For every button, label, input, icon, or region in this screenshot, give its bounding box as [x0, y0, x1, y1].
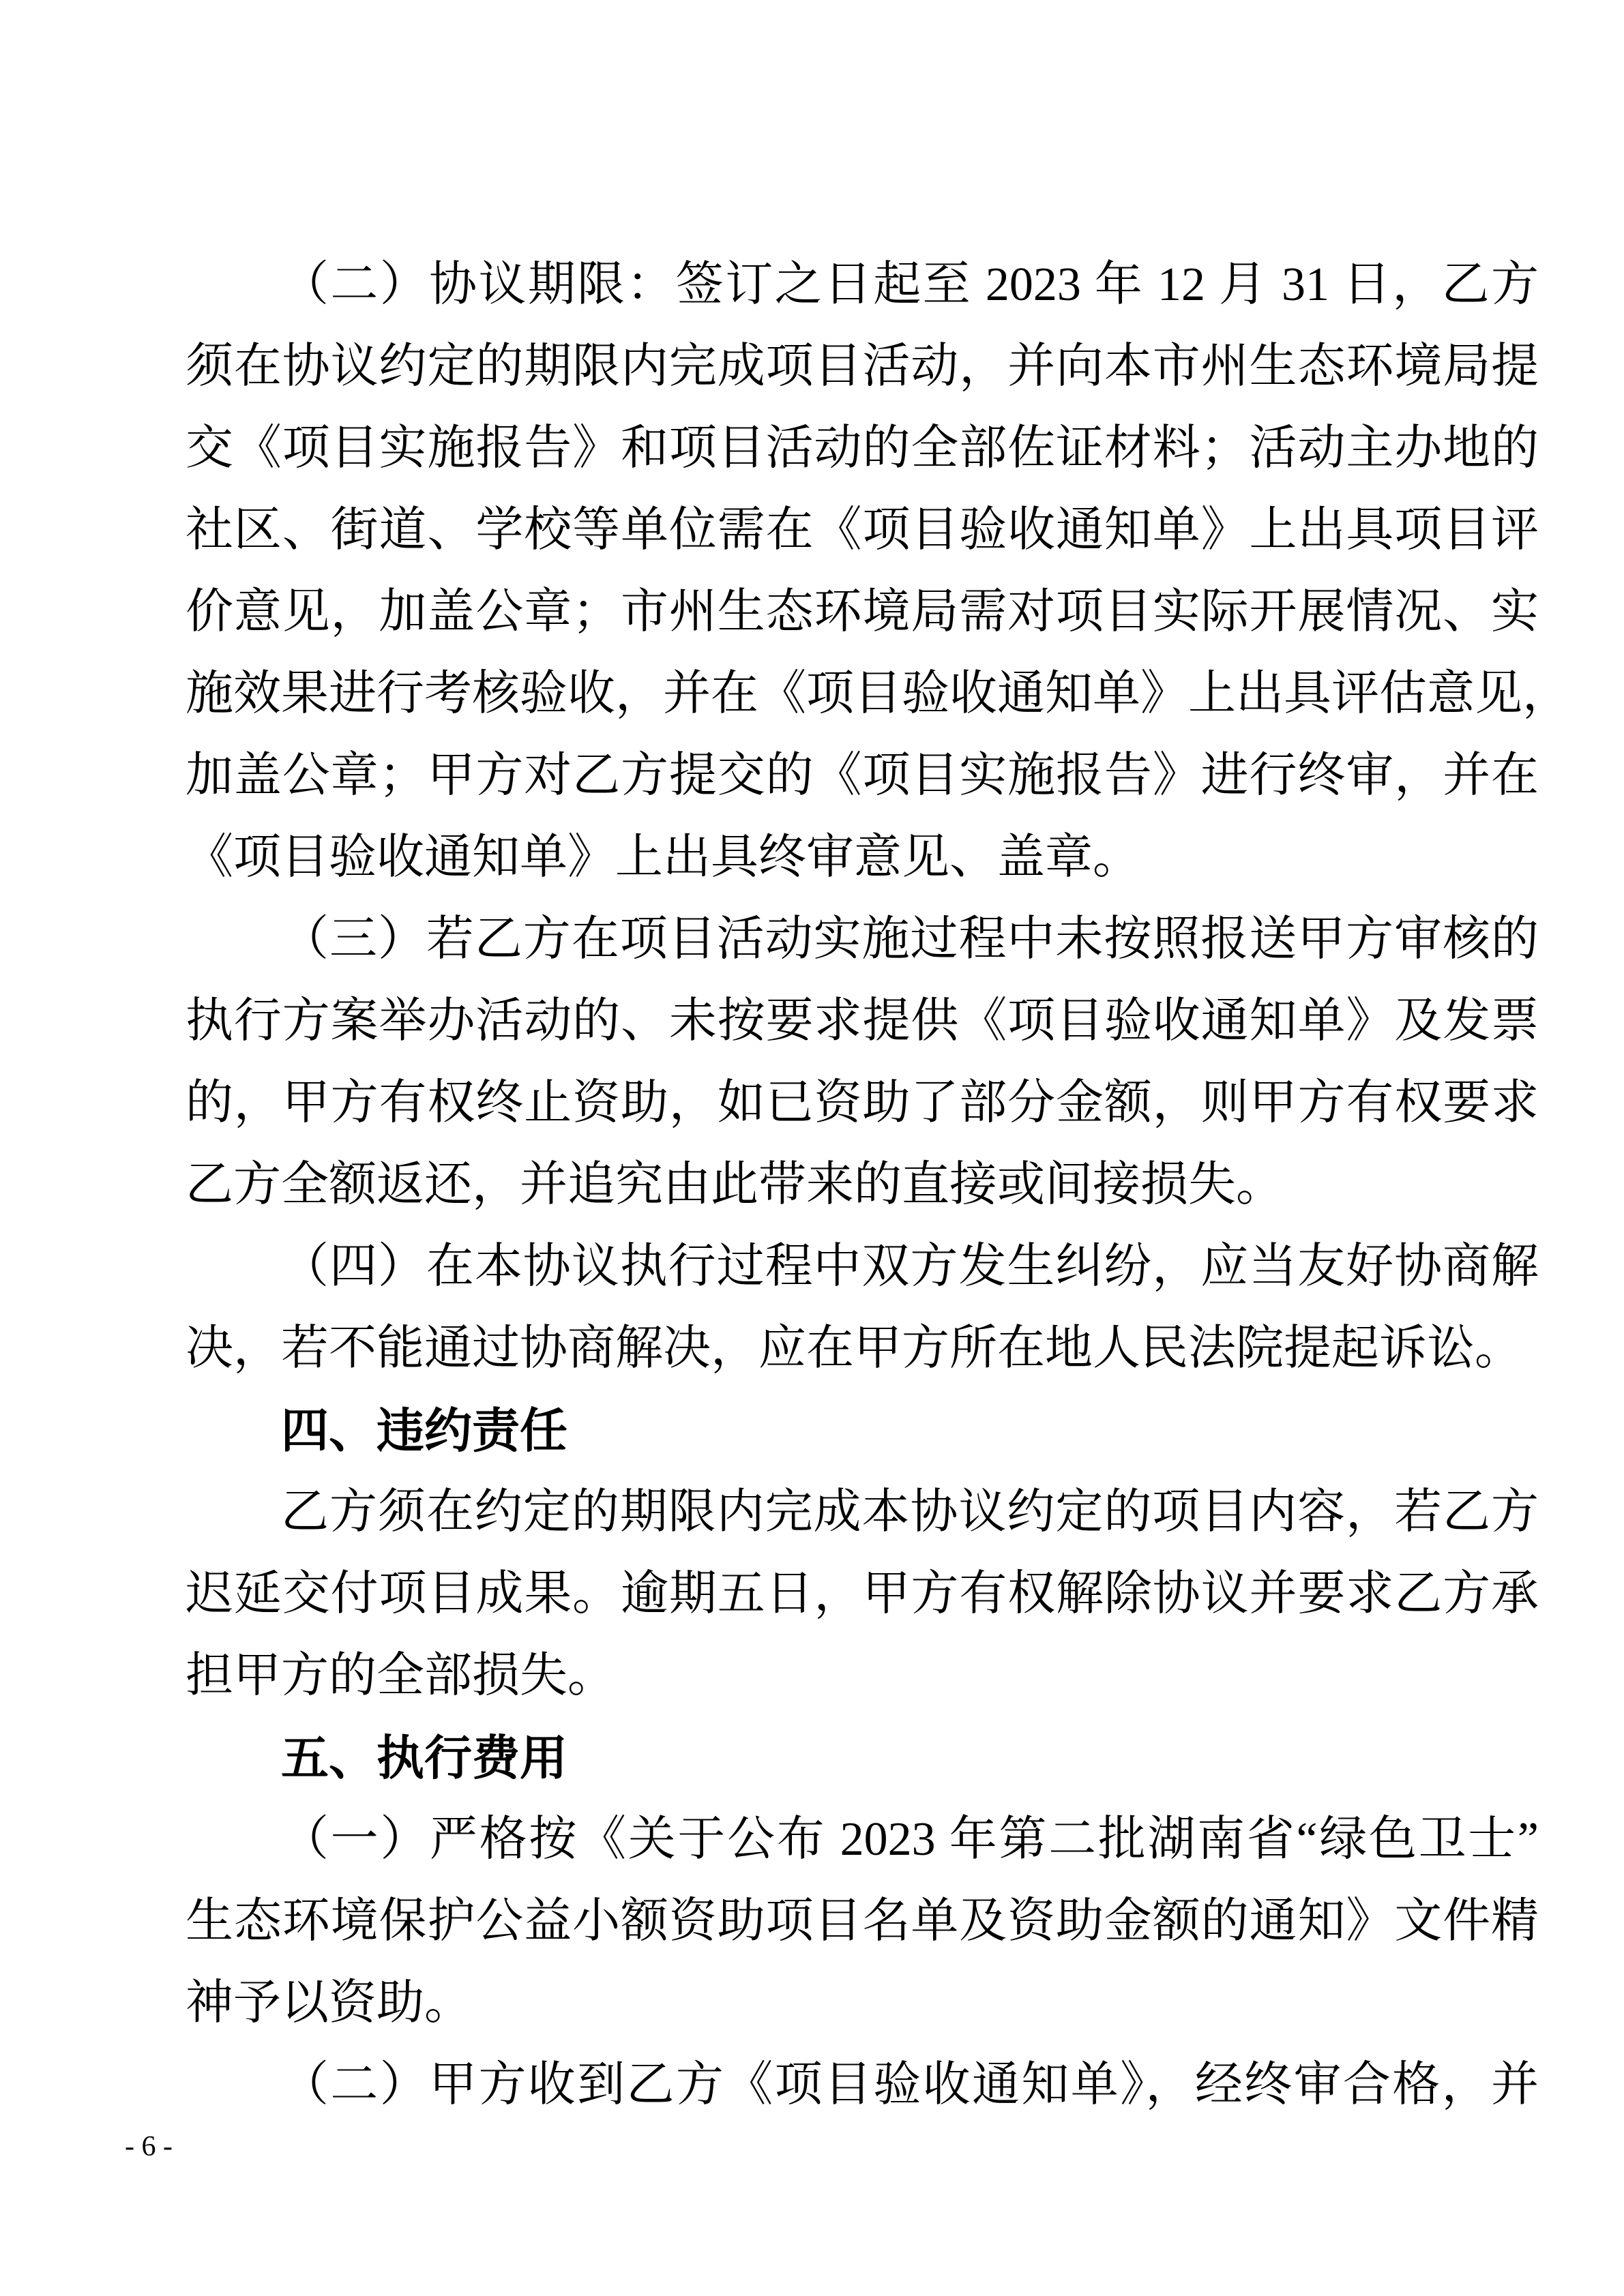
text-line: 交《项目实施报告》和项目活动的全部佐证材料；活动主办地的 — [186, 408, 1539, 490]
text-line: 生态环境保护公益小额资助项目名单及资助金额的通知》文件精 — [186, 1881, 1539, 1963]
text-line: 社区、街道、学校等单位需在《项目验收通知单》上出具项目评 — [186, 490, 1539, 571]
section-heading: 五、执行费用 — [186, 1717, 1539, 1799]
text-line: 施效果进行考核验收，并在《项目验收通知单》上出具评估意见， — [186, 653, 1539, 735]
text-line: 决，若不能通过协商解决，应在甲方所在地人民法院提起诉讼。 — [186, 1308, 1539, 1390]
text-line: 加盖公章；甲方对乙方提交的《项目实施报告》进行终审，并在 — [186, 735, 1539, 817]
text-line: （四）在本协议执行过程中双方发生纠纷，应当友好协商解 — [186, 1226, 1539, 1308]
text-line: 神予以资助。 — [186, 1963, 1539, 2044]
text-line: 须在协议约定的期限内完成项目活动，并向本市州生态环境局提 — [186, 326, 1539, 408]
text-line: 的，甲方有权终止资助，如已资助了部分金额，则甲方有权要求 — [186, 1062, 1539, 1144]
document-page: （二）协议期限：签订之日起至 2023 年 12 月 31 日，乙方须在协议约定… — [0, 0, 1624, 2296]
text-line: 执行方案举办活动的、未按要求提供《项目验收通知单》及发票 — [186, 981, 1539, 1062]
page-number: - 6 - — [125, 2126, 173, 2167]
document-body: （二）协议期限：签订之日起至 2023 年 12 月 31 日，乙方须在协议约定… — [186, 244, 1539, 2126]
text-line: 价意见，加盖公章；市州生态环境局需对项目实际开展情况、实 — [186, 571, 1539, 653]
text-line: 乙方须在约定的期限内完成本协议约定的项目内容，若乙方 — [186, 1472, 1539, 1553]
text-line: 乙方全额返还，并追究由此带来的直接或间接损失。 — [186, 1144, 1539, 1226]
text-line: （二）甲方收到乙方《项目验收通知单》，经终审合格，并 — [186, 2044, 1539, 2126]
text-line: （三）若乙方在项目活动实施过程中未按照报送甲方审核的 — [186, 899, 1539, 981]
text-line: 担甲方的全部损失。 — [186, 1635, 1539, 1717]
text-line: 迟延交付项目成果。逾期五日，甲方有权解除协议并要求乙方承 — [186, 1553, 1539, 1635]
text-line: （一）严格按《关于公布 2023 年第二批湖南省“绿色卫士” — [186, 1799, 1539, 1881]
section-heading: 四、违约责任 — [186, 1390, 1539, 1472]
text-line: 《项目验收通知单》上出具终审意见、盖章。 — [186, 817, 1539, 899]
text-line: （二）协议期限：签订之日起至 2023 年 12 月 31 日，乙方 — [186, 244, 1539, 326]
